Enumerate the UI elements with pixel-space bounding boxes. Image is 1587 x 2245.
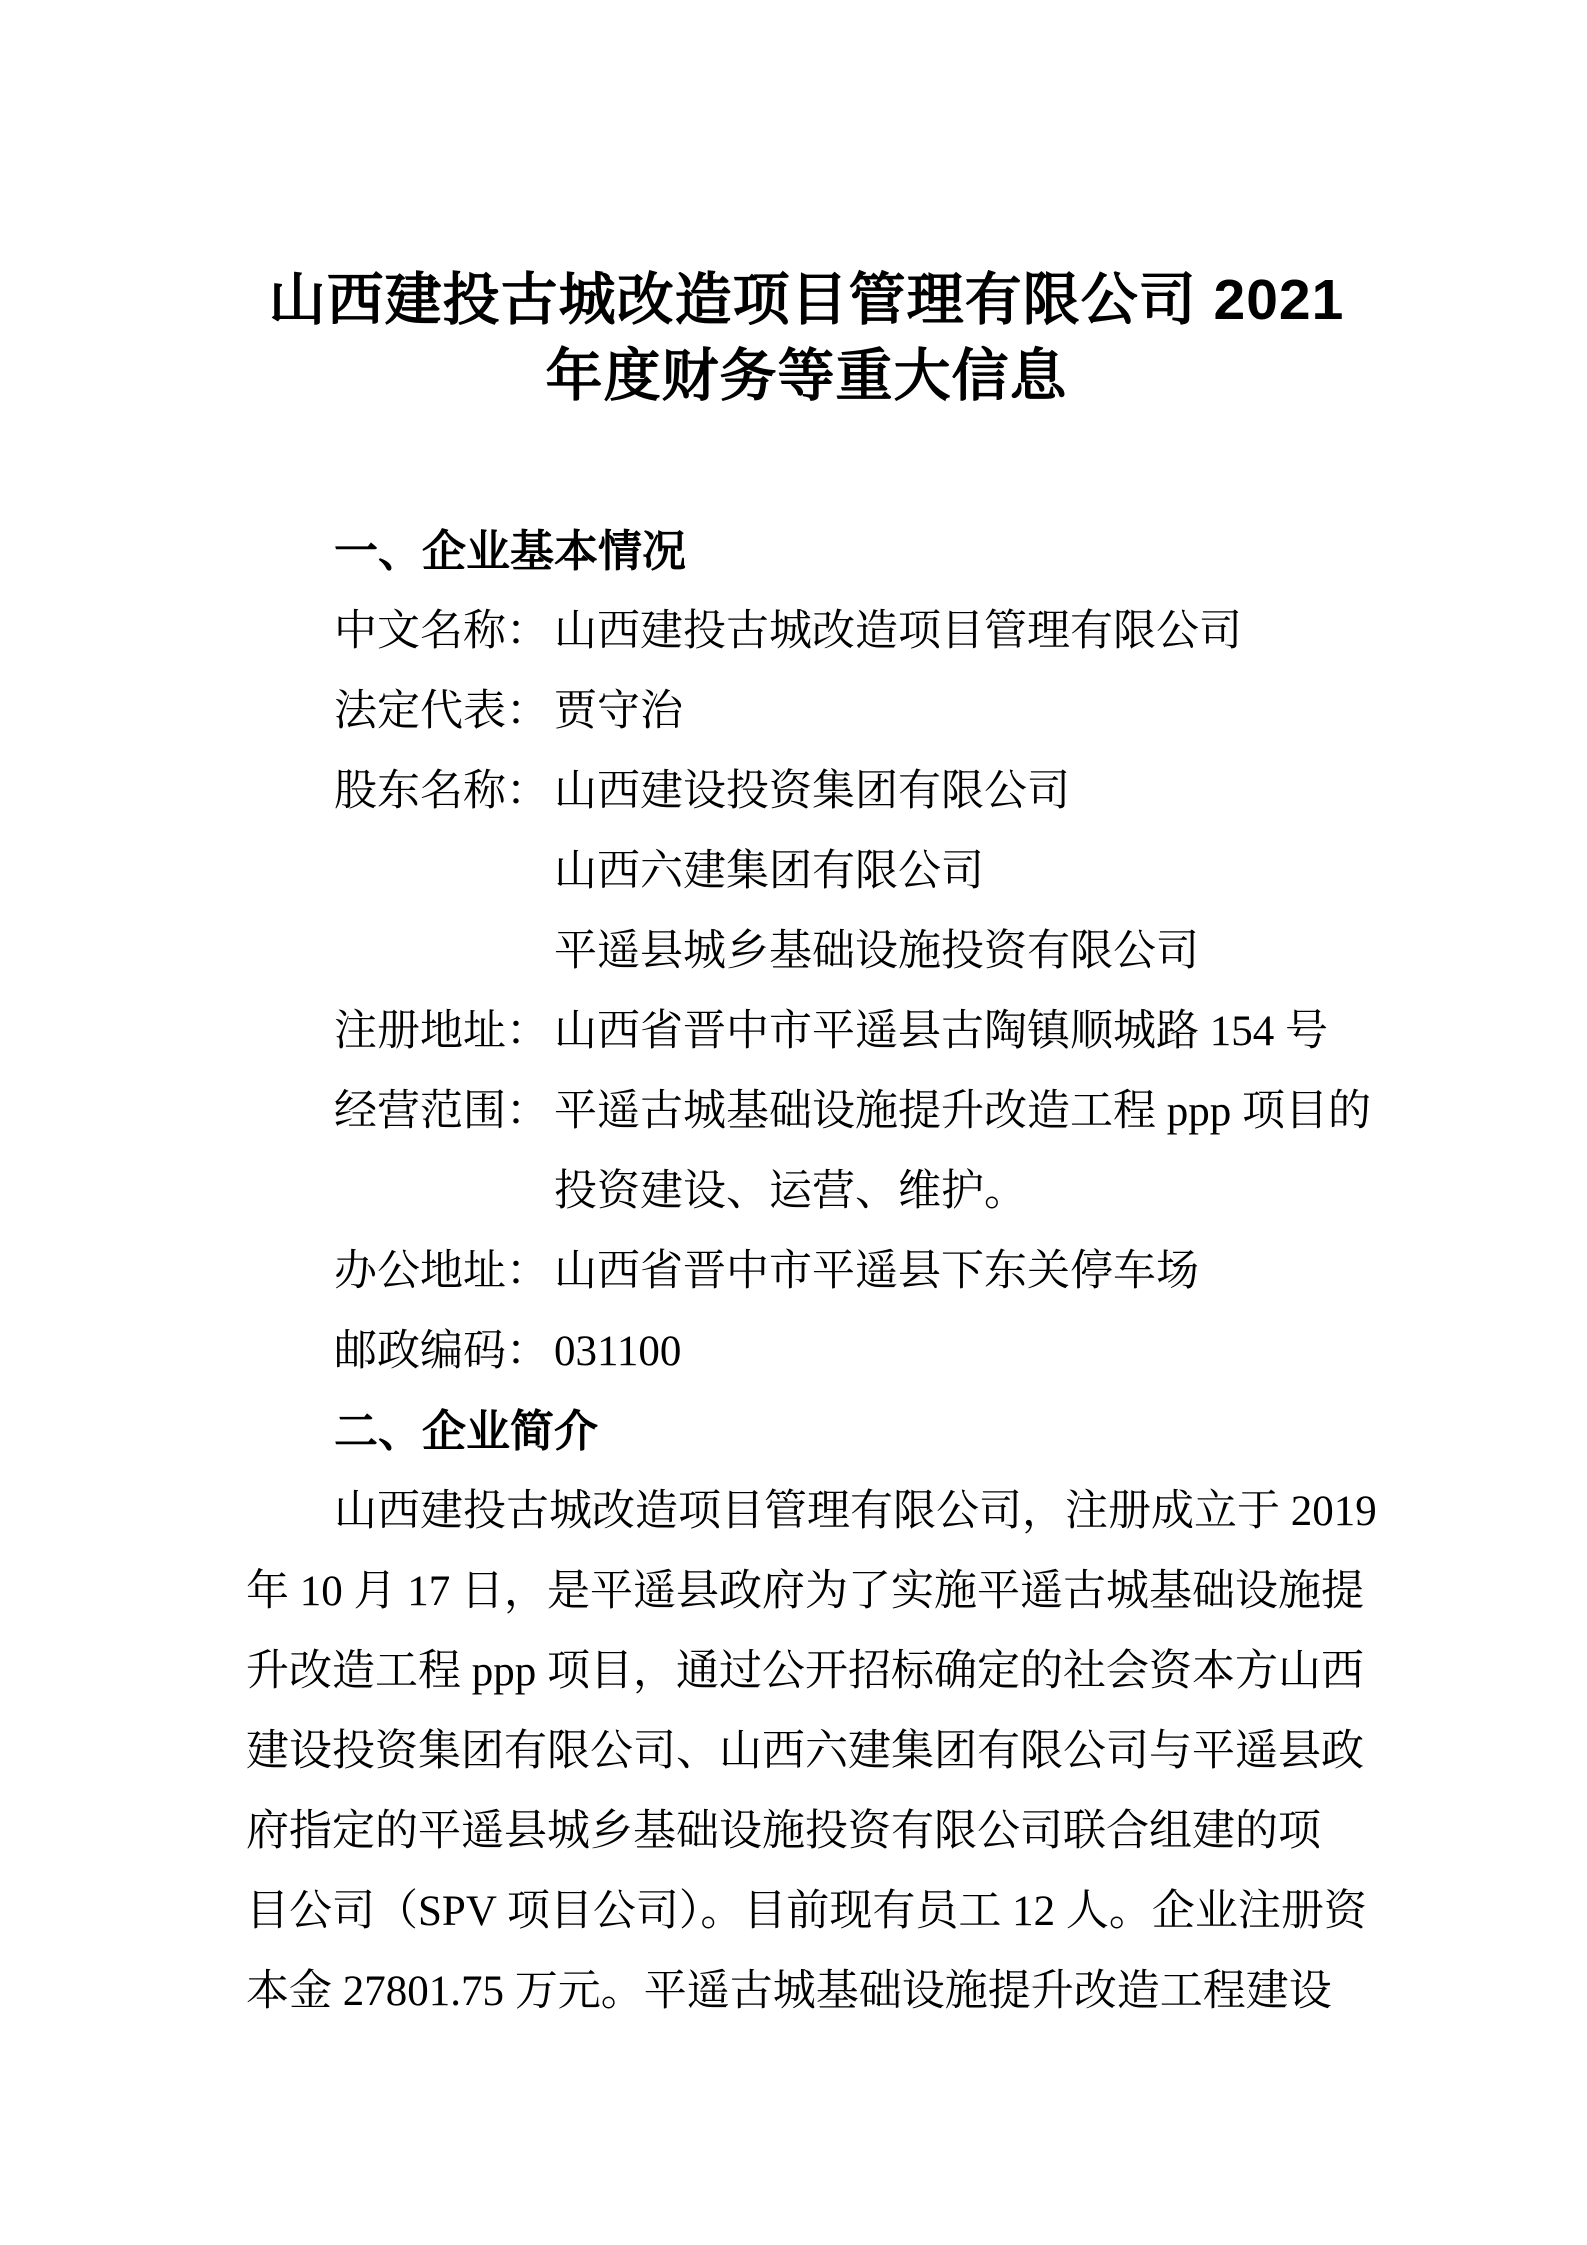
title-line-2: 年度财务等重大信息 xyxy=(246,338,1367,414)
field-value-shareholder-2: 山西六建集团有限公司 xyxy=(246,832,1587,912)
document-body: 一、企业基本情况 中文名称：山西建投古城改造项目管理有限公司 法定代表：贾守治 … xyxy=(246,512,1587,2032)
field-label-registered-address: 注册地址： xyxy=(334,992,554,1072)
profile-paragraph-line-5: 府指定的平遥县城乡基础设施投资有限公司联合组建的项 xyxy=(246,1792,1587,1872)
field-row-office-address: 办公地址：山西省晋中市平遥县下东关停车场 xyxy=(246,1232,1587,1312)
field-value-chinese-name: 山西建投古城改造项目管理有限公司 xyxy=(554,608,1242,655)
document-page: 山西建投古城改造项目管理有限公司 2021 年度财务等重大信息 一、企业基本情况… xyxy=(0,0,1587,2245)
profile-paragraph-line-3: 升改造工程 ppp 项目，通过公开招标确定的社会资本方山西 xyxy=(246,1632,1587,1712)
document-title: 山西建投古城改造项目管理有限公司 2021 年度财务等重大信息 xyxy=(246,262,1367,414)
field-value-postal-code: 031100 xyxy=(554,1328,681,1375)
profile-paragraph-line-7: 本金 27801.75 万元。平遥古城基础设施提升改造工程建设 xyxy=(246,1952,1587,2032)
section-basic-info-heading: 一、企业基本情况 xyxy=(246,512,1587,592)
field-row-postal-code: 邮政编码：031100 xyxy=(246,1312,1587,1392)
field-label-shareholders: 股东名称： xyxy=(334,752,554,832)
field-row-registered-address: 注册地址：山西省晋中市平遥县古陶镇顺城路 154 号 xyxy=(246,992,1587,1072)
title-line-1: 山西建投古城改造项目管理有限公司 2021 xyxy=(246,262,1367,338)
field-value-business-scope: 平遥古城基础设施提升改造工程 ppp 项目的 xyxy=(554,1088,1371,1135)
field-value-registered-address: 山西省晋中市平遥县古陶镇顺城路 154 号 xyxy=(554,1008,1328,1055)
field-label-office-address: 办公地址： xyxy=(334,1232,554,1312)
profile-paragraph-line-1: 山西建投古城改造项目管理有限公司，注册成立于 2019 xyxy=(246,1472,1587,1552)
field-row-chinese-name: 中文名称：山西建投古城改造项目管理有限公司 xyxy=(246,592,1587,672)
field-value-office-address: 山西省晋中市平遥县下东关停车场 xyxy=(554,1248,1199,1295)
profile-paragraph-line-4: 建设投资集团有限公司、山西六建集团有限公司与平遥县政 xyxy=(246,1712,1587,1792)
profile-paragraph-line-6: 目公司（SPV 项目公司）。目前现有员工 12 人。企业注册资 xyxy=(246,1872,1587,1952)
field-row-business-scope: 经营范围：平遥古城基础设施提升改造工程 ppp 项目的 xyxy=(246,1072,1587,1152)
field-row-shareholders: 股东名称：山西建设投资集团有限公司 xyxy=(246,752,1587,832)
field-value-business-scope-cont: 投资建设、运营、维护。 xyxy=(246,1152,1587,1232)
field-row-legal-representative: 法定代表：贾守治 xyxy=(246,672,1587,752)
page-content: 山西建投古城改造项目管理有限公司 2021 年度财务等重大信息 一、企业基本情况… xyxy=(0,0,1587,2032)
field-value-shareholder-1: 山西建设投资集团有限公司 xyxy=(554,768,1070,815)
profile-paragraph-line-2: 年 10 月 17 日，是平遥县政府为了实施平遥古城基础设施提 xyxy=(246,1552,1587,1632)
field-label-legal-representative: 法定代表： xyxy=(334,672,554,752)
field-value-shareholder-3: 平遥县城乡基础设施投资有限公司 xyxy=(246,912,1587,992)
field-value-legal-representative: 贾守治 xyxy=(554,688,683,735)
field-label-chinese-name: 中文名称： xyxy=(334,592,554,672)
section-profile-heading: 二、企业简介 xyxy=(246,1392,1587,1472)
field-label-postal-code: 邮政编码： xyxy=(334,1312,554,1392)
field-label-business-scope: 经营范围： xyxy=(334,1072,554,1152)
